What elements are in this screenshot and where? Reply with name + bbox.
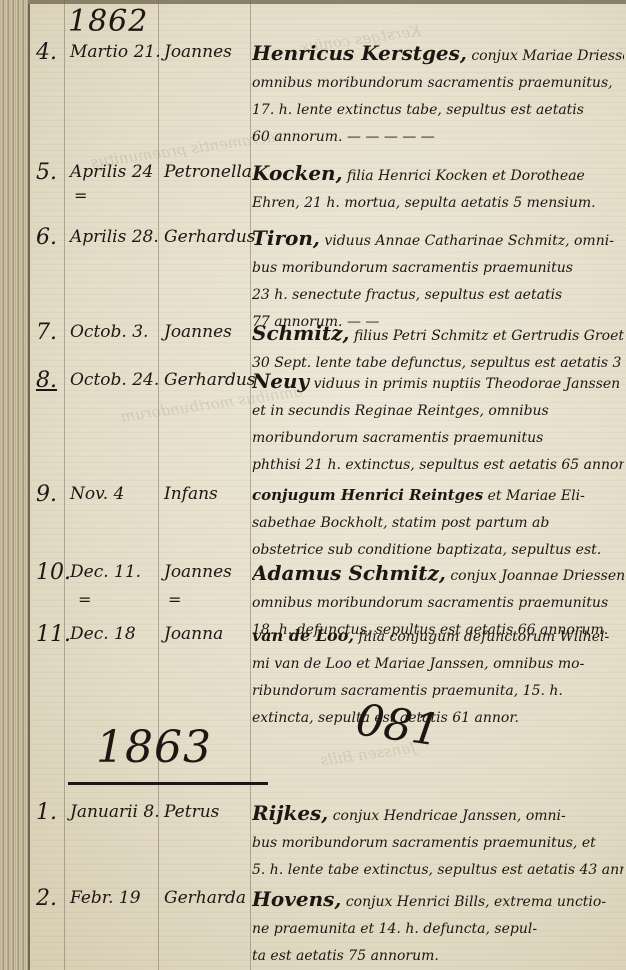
record-line: conjux Hendricae Janssen, omni- [333, 808, 566, 824]
entry-surname: Neuy [252, 369, 309, 393]
entry-date: Januarii 8. [70, 802, 160, 822]
record-line: bus moribundorum sacramentis praemunitus… [252, 830, 624, 857]
entry-number: 8. [36, 368, 57, 393]
entry-surname: Adamus Schmitz, [252, 561, 446, 585]
entry-given-name: Petronella [164, 162, 252, 182]
record-line: et in secundis Reginae Reintges, omnibus [252, 398, 624, 425]
entry-date: Aprilis 28. [70, 227, 159, 247]
entry-surname: Tiron, [252, 226, 320, 250]
year-heading-1863: 1863 [96, 722, 212, 773]
record-line: 17. h. lente extinctus tabe, sepultus es… [252, 97, 624, 124]
entry-date: Aprilis 24 [70, 162, 153, 182]
entry-number: 9. [36, 482, 57, 507]
record-line: omnibus moribundorum sacramentis praemun… [252, 590, 624, 617]
entry-given-name: Petrus [164, 802, 219, 822]
entry-given-name: Joannes [164, 42, 232, 62]
record-line: omnibus moribundorum sacramentis praemun… [252, 70, 624, 97]
record-line: filia conjugum defunctorum Wilhel- [358, 629, 609, 645]
entry-surname: conjugum Henrici Reintges [252, 486, 483, 504]
record-line: 23 h. senectute fractus, sepultus est ae… [252, 282, 624, 309]
entry-surname: Hovens, [252, 887, 341, 911]
entry-given-name: Infans [164, 484, 218, 504]
year-underline [68, 782, 268, 785]
entry-given-name: Gerhardus [164, 370, 256, 390]
entry-given-name: Gerharda [164, 888, 246, 908]
entry-number: 2. [36, 886, 57, 911]
record-line: conjux Mariae Driessen [471, 48, 624, 64]
entry-date: Dec. 11. [70, 562, 141, 582]
entry-given-name: Joannes [164, 322, 232, 342]
entry-record: Rijkes, conjux Hendricae Janssen, omni- … [252, 800, 624, 884]
entry-record: Neuy viduus in primis nuptiis Theodorae … [252, 368, 624, 479]
record-line: 5. h. lente tabe extinctus, sepultus est… [252, 857, 624, 884]
entry-number: 7. [36, 320, 57, 345]
record-line: viduus in primis nuptiis Theodorae Janss… [314, 376, 621, 392]
record-line: moribundorum sacramentis praemunitus [252, 425, 624, 452]
entry-number: 4. [36, 40, 57, 65]
book-binding-edge [0, 0, 30, 970]
record-line: conjux Henrici Bills, extrema unctio- [346, 894, 606, 910]
entry-date: Octob. 3. [70, 322, 148, 342]
entry-number: 6. [36, 225, 57, 250]
entry-date: Martio 21. [70, 42, 161, 62]
ditto-mark: = [74, 186, 87, 205]
entry-given-name: Joanna [164, 624, 223, 644]
record-line: conjux Joannae Driessen [450, 568, 624, 584]
entry-record: Hovens, conjux Henrici Bills, extrema un… [252, 886, 624, 970]
register-page: Kerstges conjux sacramentis praemunitus … [0, 0, 626, 970]
entry-surname: van de Loo, [252, 626, 354, 645]
record-line: 60 annorum. — — — — — [252, 124, 624, 151]
record-line: ribundorum sacramentis praemunita, 15. h… [252, 678, 624, 705]
entry-record: Kocken, filia Henrici Kocken et Dorothea… [252, 160, 624, 217]
record-line: et Mariae Eli- [488, 488, 585, 504]
record-line: viduus Annae Catharinae Schmitz, omni- [324, 233, 614, 249]
entry-surname: Kocken, [252, 161, 343, 185]
entry-given-name: Joannes [164, 562, 232, 582]
record-line: sabethae Bockholt, statim post partum ab [252, 510, 624, 537]
entry-date: Octob. 24. [70, 370, 159, 390]
entry-date: Febr. 19 [70, 888, 141, 908]
record-line: Ehren, 21 h. mortua, sepulta aetatis 5 m… [252, 190, 624, 217]
entry-surname: Schmitz, [252, 321, 349, 345]
entry-given-name: Gerhardus [164, 227, 256, 247]
ditto-mark: = [168, 590, 181, 609]
record-line: ta est aetatis 75 annorum. [252, 943, 624, 970]
entry-number: 5. [36, 160, 57, 185]
entry-surname: Rijkes, [252, 801, 328, 825]
ditto-mark: = [78, 590, 91, 609]
record-line: bus moribundorum sacramentis praemunitus [252, 255, 624, 282]
record-line: filia Henrici Kocken et Dorotheae [347, 168, 585, 184]
record-line: filius Petri Schmitz et Gertrudis Groete… [354, 328, 624, 344]
entry-surname: Henricus Kerstges, [252, 41, 467, 65]
entry-number: 10. [36, 560, 71, 585]
record-line: phthisi 21 h. extinctus, sepultus est ae… [252, 452, 624, 479]
register-entry: 4. Martio 21. Joannes Henricus Kerstges,… [30, 40, 626, 110]
entry-record: Henricus Kerstges, conjux Mariae Driesse… [252, 40, 624, 151]
entry-record: conjugum Henrici Reintges et Mariae Eli-… [252, 482, 624, 564]
entry-number: 1. [36, 800, 57, 825]
entry-date: Nov. 4 [70, 484, 124, 504]
record-line: ne praemunita et 14. h. defuncta, sepul- [252, 916, 624, 943]
entry-date: Dec. 18 [70, 624, 136, 644]
column-rule [64, 0, 65, 970]
entry-number: 11. [36, 622, 71, 647]
year-heading-1862: 1862 [68, 4, 148, 39]
record-line: mi van de Loo et Mariae Janssen, omnibus… [252, 651, 624, 678]
